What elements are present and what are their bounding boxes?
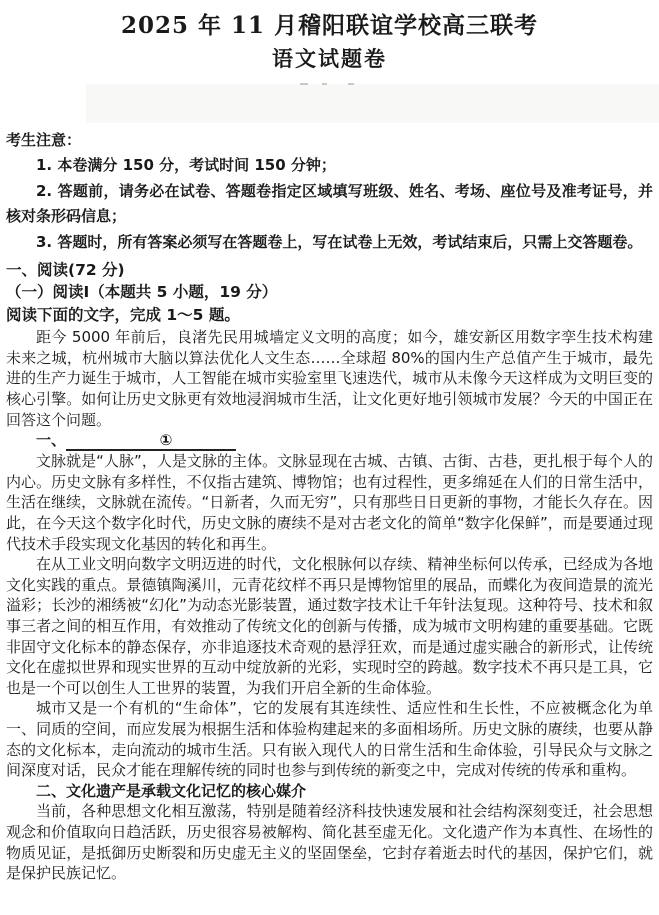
passage-paragraph-1: 文脉就是“人脉”，人是文脉的主体。文脉显现在古城、古镇、古街、古巷，更扎根于每个… [6, 451, 653, 554]
scan-artifact-dash [348, 83, 354, 85]
exam-title: 2025 年 11 月稽阳联谊学校高三联考 [0, 11, 659, 41]
scan-artifact-band [86, 84, 659, 123]
reading-passage: 距今 5000 年前后，良渚先民用城墙定义文明的高度；如今，雄安新区用数字孪生技… [6, 327, 653, 883]
passage-intro-paragraph: 距今 5000 年前后，良渚先民用城墙定义文明的高度；如今，雄安新区用数字孪生技… [6, 327, 653, 430]
exam-paper-page: 2025 年 11 月稽阳联谊学校高三联考 语文试题卷 考生注意： 1. 本卷满… [0, 0, 659, 915]
section-headings: 一、阅读(72 分) （一）阅读Ⅰ（本题共 5 小题，19 分） 阅读下面的文字… [6, 259, 653, 326]
scan-artifact-dash [322, 83, 327, 85]
subsection-heading: （一）阅读Ⅰ（本题共 5 小题，19 分） [6, 281, 653, 303]
circled-one-mark: ① [160, 431, 173, 449]
passage-paragraph-4: 当前，各种思想文化相互激荡，特别是随着经济科技快速发展和社会结构深刻变迁，社会思… [6, 801, 653, 883]
notice-item-1: 1. 本卷满分 150 分，考试时间 150 分钟； [6, 153, 653, 178]
passage-paragraph-2: 在从工业文明向数字文明迈进的时代，文化根脉何以存续、精神坐标何以传承，已经成为各… [6, 554, 653, 698]
notice-item-2: 2. 答题前，请务必在试卷、答题卷指定区域填写班级、姓名、考场、座位号及准考证号… [6, 179, 653, 230]
blank-underline: ① [66, 432, 236, 451]
section-heading: 一、阅读(72 分) [6, 259, 653, 281]
passage-part1-heading: 一、① [6, 430, 653, 451]
reading-instruction: 阅读下面的文字，完成 1～5 题。 [6, 304, 653, 326]
passage-paragraph-3: 城市又是一个有机的“生命体”，它的发展有其连续性、适应性和生长性，不应被概念化为… [6, 698, 653, 780]
part1-numeral: 一、 [36, 431, 66, 449]
paper-body: 考生注意： 1. 本卷满分 150 分，考试时间 150 分钟； 2. 答题前，… [0, 120, 659, 884]
exam-subtitle: 语文试题卷 [0, 45, 659, 72]
scan-artifact-dash [300, 83, 308, 85]
notice-section: 考生注意： 1. 本卷满分 150 分，考试时间 150 分钟； 2. 答题前，… [6, 128, 653, 255]
paper-header: 2025 年 11 月稽阳联谊学校高三联考 语文试题卷 [0, 0, 659, 72]
passage-part2-heading: 二、文化遗产是承载文化记忆的核心媒介 [6, 781, 653, 802]
notice-item-3: 3. 答题时，所有答案必须写在答题卷上，写在试卷上无效，考试结束后，只需上交答题… [6, 230, 653, 255]
notice-heading: 考生注意： [6, 128, 653, 153]
